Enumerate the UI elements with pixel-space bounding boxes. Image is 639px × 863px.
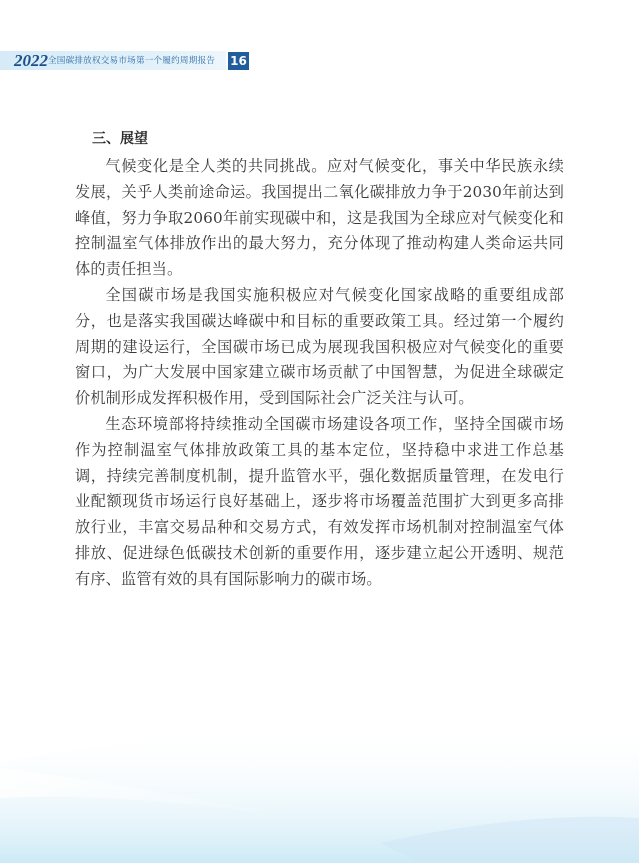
report-title: 全国碳排放权交易市场第一个履约周期报告	[48, 51, 215, 70]
report-year: 2022	[14, 51, 48, 70]
decorative-wave-background	[0, 693, 639, 863]
paragraph-3: 生态环境部将持续推动全国碳市场建设各项工作，坚持全国碳市场作为控制温室气体排放政…	[75, 412, 564, 593]
section-heading: 三、展望	[92, 128, 564, 150]
paragraph-1: 气候变化是全人类的共同挑战。应对气候变化，事关中华民族永续发展，关乎人类前途命运…	[75, 154, 564, 283]
paragraph-2: 全国碳市场是我国实施积极应对气候变化国家战略的重要组成部分，也是落实我国碳达峰碳…	[75, 283, 564, 412]
page-number: 16	[228, 52, 249, 70]
page-content: 三、展望 气候变化是全人类的共同挑战。应对气候变化，事关中华民族永续发展，关乎人…	[75, 128, 564, 593]
